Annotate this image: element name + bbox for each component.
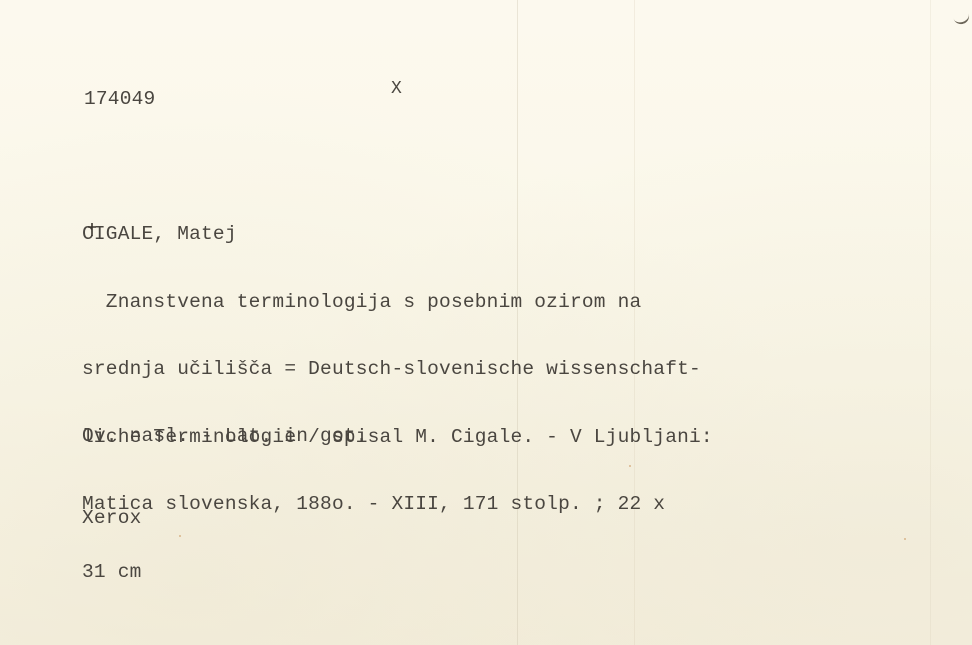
note-line: Xerox <box>82 507 368 544</box>
author-heading: CIGALE, Matej <box>82 223 713 246</box>
check-mark-icon <box>953 12 971 26</box>
catalog-card: 174049 X CIGALE, Matej Znanstvena termin… <box>0 0 972 645</box>
paper-speck <box>904 538 906 540</box>
description-line: Znanstvena terminologija s posebnim ozir… <box>82 291 713 314</box>
description-line: srednja učilišča = Deutsch-slovenische w… <box>82 358 713 381</box>
fold-line <box>930 0 931 645</box>
corner-mark: X <box>391 78 402 101</box>
notes-block: Ov. nasl. - Lat. in got. Xerox <box>82 380 368 589</box>
note-line: Ov. nasl. - Lat. in got. <box>82 425 368 462</box>
accession-number: 174049 <box>84 88 155 111</box>
